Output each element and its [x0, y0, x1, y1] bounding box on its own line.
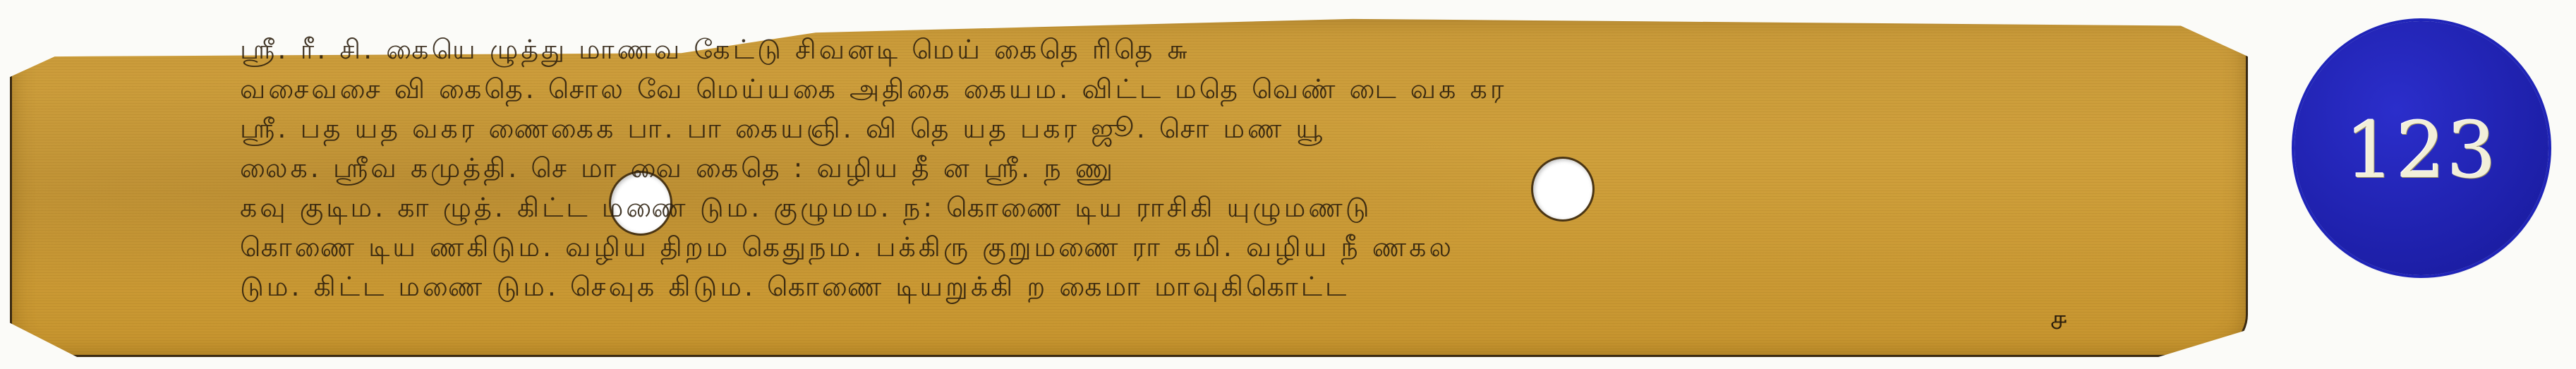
- manuscript-text: ஸ்ரீ. ரீ. சி. கையெ ழுத்து மாணவ கேட்டு சி…: [240, 30, 2131, 306]
- folio-number: ௪: [2050, 303, 2068, 339]
- manuscript-line: வசைவசை வி கைதெ. சொல வே மெய்யகை அதிகை கைய…: [240, 69, 2131, 109]
- manuscript-line: ஸ்ரீ. ரீ. சி. கையெ ழுத்து மாணவ கேட்டு சி…: [240, 30, 2131, 69]
- token-label: 123: [2345, 105, 2498, 195]
- catalog-number-token: 123: [2294, 21, 2548, 275]
- manuscript-line: டும. கிட்ட மணை டும. செவுக கிடும. கொணை டி…: [240, 267, 2131, 306]
- manuscript-line: கொணை டிய ணகிடும. வழிய திறம கெதுநம. பக்கி…: [240, 227, 2131, 267]
- manuscript-line: ஸ்ரீ. பத யத வகர ணைகைக பா. பா கையஞி. வி த…: [240, 109, 2131, 148]
- manuscript-line: லைக. ஸ்ரீவ கமுத்தி. செ மா வை கைதெ : வழிய…: [240, 148, 2131, 188]
- manuscript-line: கவு குடிம. கா ழுத். கிட்ட மணை டும. குழும…: [240, 188, 2131, 227]
